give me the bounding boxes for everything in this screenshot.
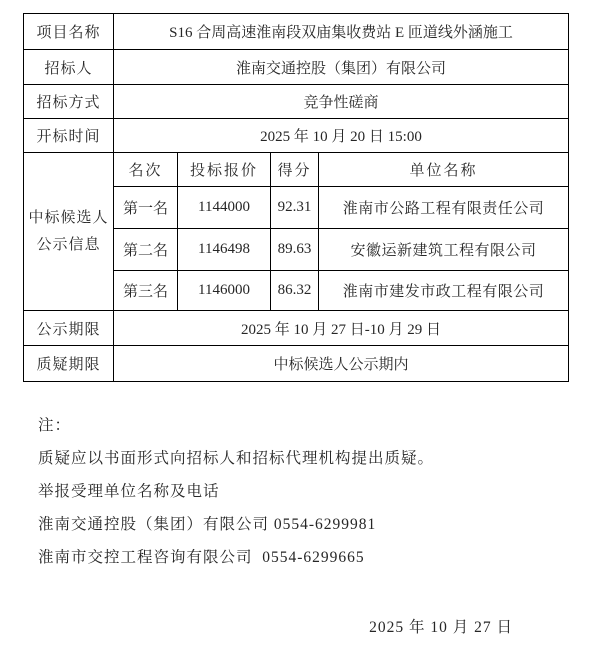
bidding-method-value: 竞争性磋商 [114, 85, 569, 119]
announcement-table-wrapper: 项目名称 S16 合周高速淮南段双庙集收费站 E 匝道线外涵施工 招标人 淮南交… [23, 13, 568, 382]
project-name-label: 项目名称 [24, 14, 114, 50]
candidate-3-company: 淮南市建发市政工程有限公司 [319, 271, 569, 311]
candidates-label-line1: 中标候选人 [27, 205, 110, 232]
opening-time-value: 2025 年 10 月 20 日 15:00 [114, 119, 569, 153]
publicity-period-value: 2025 年 10 月 27 日-10 月 29 日 [114, 311, 569, 346]
publicity-period-label: 公示期限 [24, 311, 114, 346]
column-header-price: 投标报价 [178, 153, 271, 187]
column-header-company: 单位名称 [319, 153, 569, 187]
document-date: 2025 年 10 月 27 日 [0, 615, 513, 637]
table-row-publicity-period: 公示期限 2025 年 10 月 27 日-10 月 29 日 [24, 311, 569, 346]
table-row-tenderer: 招标人 淮南交通控股（集团）有限公司 [24, 50, 569, 85]
candidate-2-price: 1146498 [178, 229, 271, 271]
opening-time-label: 开标时间 [24, 119, 114, 153]
column-header-score: 得分 [271, 153, 319, 187]
tenderer-label: 招标人 [24, 50, 114, 85]
candidate-1-score: 92.31 [271, 187, 319, 229]
candidates-label-line2: 公示信息 [27, 232, 110, 259]
note-objection-instruction: 质疑应以书面形式向招标人和招标代理机构提出质疑。 [38, 442, 568, 475]
column-header-rank: 名次 [114, 153, 178, 187]
document-page: 项目名称 S16 合周高速淮南段双庙集收费站 E 匝道线外涵施工 招标人 淮南交… [0, 0, 589, 657]
candidate-1-rank: 第一名 [114, 187, 178, 229]
candidate-3-price: 1146000 [178, 271, 271, 311]
candidate-2-score: 89.63 [271, 229, 319, 271]
candidate-3-score: 86.32 [271, 271, 319, 311]
candidates-header-row: 中标候选人 公示信息 名次 投标报价 得分 单位名称 [24, 153, 569, 187]
candidate-2-company: 安徽运新建筑工程有限公司 [319, 229, 569, 271]
candidate-1-price: 1144000 [178, 187, 271, 229]
note-contact-tenderer: 淮南交通控股（集团）有限公司 0554-6299981 [38, 508, 568, 541]
candidates-section-label: 中标候选人 公示信息 [24, 153, 114, 311]
table-row-project-name: 项目名称 S16 合周高速淮南段双庙集收费站 E 匝道线外涵施工 [24, 14, 569, 50]
note-heading: 注： [38, 409, 568, 442]
objection-period-label: 质疑期限 [24, 346, 114, 382]
candidate-3-rank: 第三名 [114, 271, 178, 311]
note-contact-agency: 淮南市交控工程咨询有限公司 0554-6299665 [38, 541, 568, 574]
bid-announcement-table: 项目名称 S16 合周高速淮南段双庙集收费站 E 匝道线外涵施工 招标人 淮南交… [23, 13, 569, 382]
candidate-2-rank: 第二名 [114, 229, 178, 271]
project-name-value: S16 合周高速淮南段双庙集收费站 E 匝道线外涵施工 [114, 14, 569, 50]
tenderer-value: 淮南交通控股（集团）有限公司 [114, 50, 569, 85]
bidding-method-label: 招标方式 [24, 85, 114, 119]
notes-section: 注： 质疑应以书面形式向招标人和招标代理机构提出质疑。 举报受理单位名称及电话 … [38, 409, 568, 574]
objection-period-value: 中标候选人公示期内 [114, 346, 569, 382]
table-row-bidding-method: 招标方式 竞争性磋商 [24, 85, 569, 119]
note-report-contact-heading: 举报受理单位名称及电话 [38, 475, 568, 508]
table-row-objection-period: 质疑期限 中标候选人公示期内 [24, 346, 569, 382]
table-row-opening-time: 开标时间 2025 年 10 月 20 日 15:00 [24, 119, 569, 153]
candidate-1-company: 淮南市公路工程有限责任公司 [319, 187, 569, 229]
